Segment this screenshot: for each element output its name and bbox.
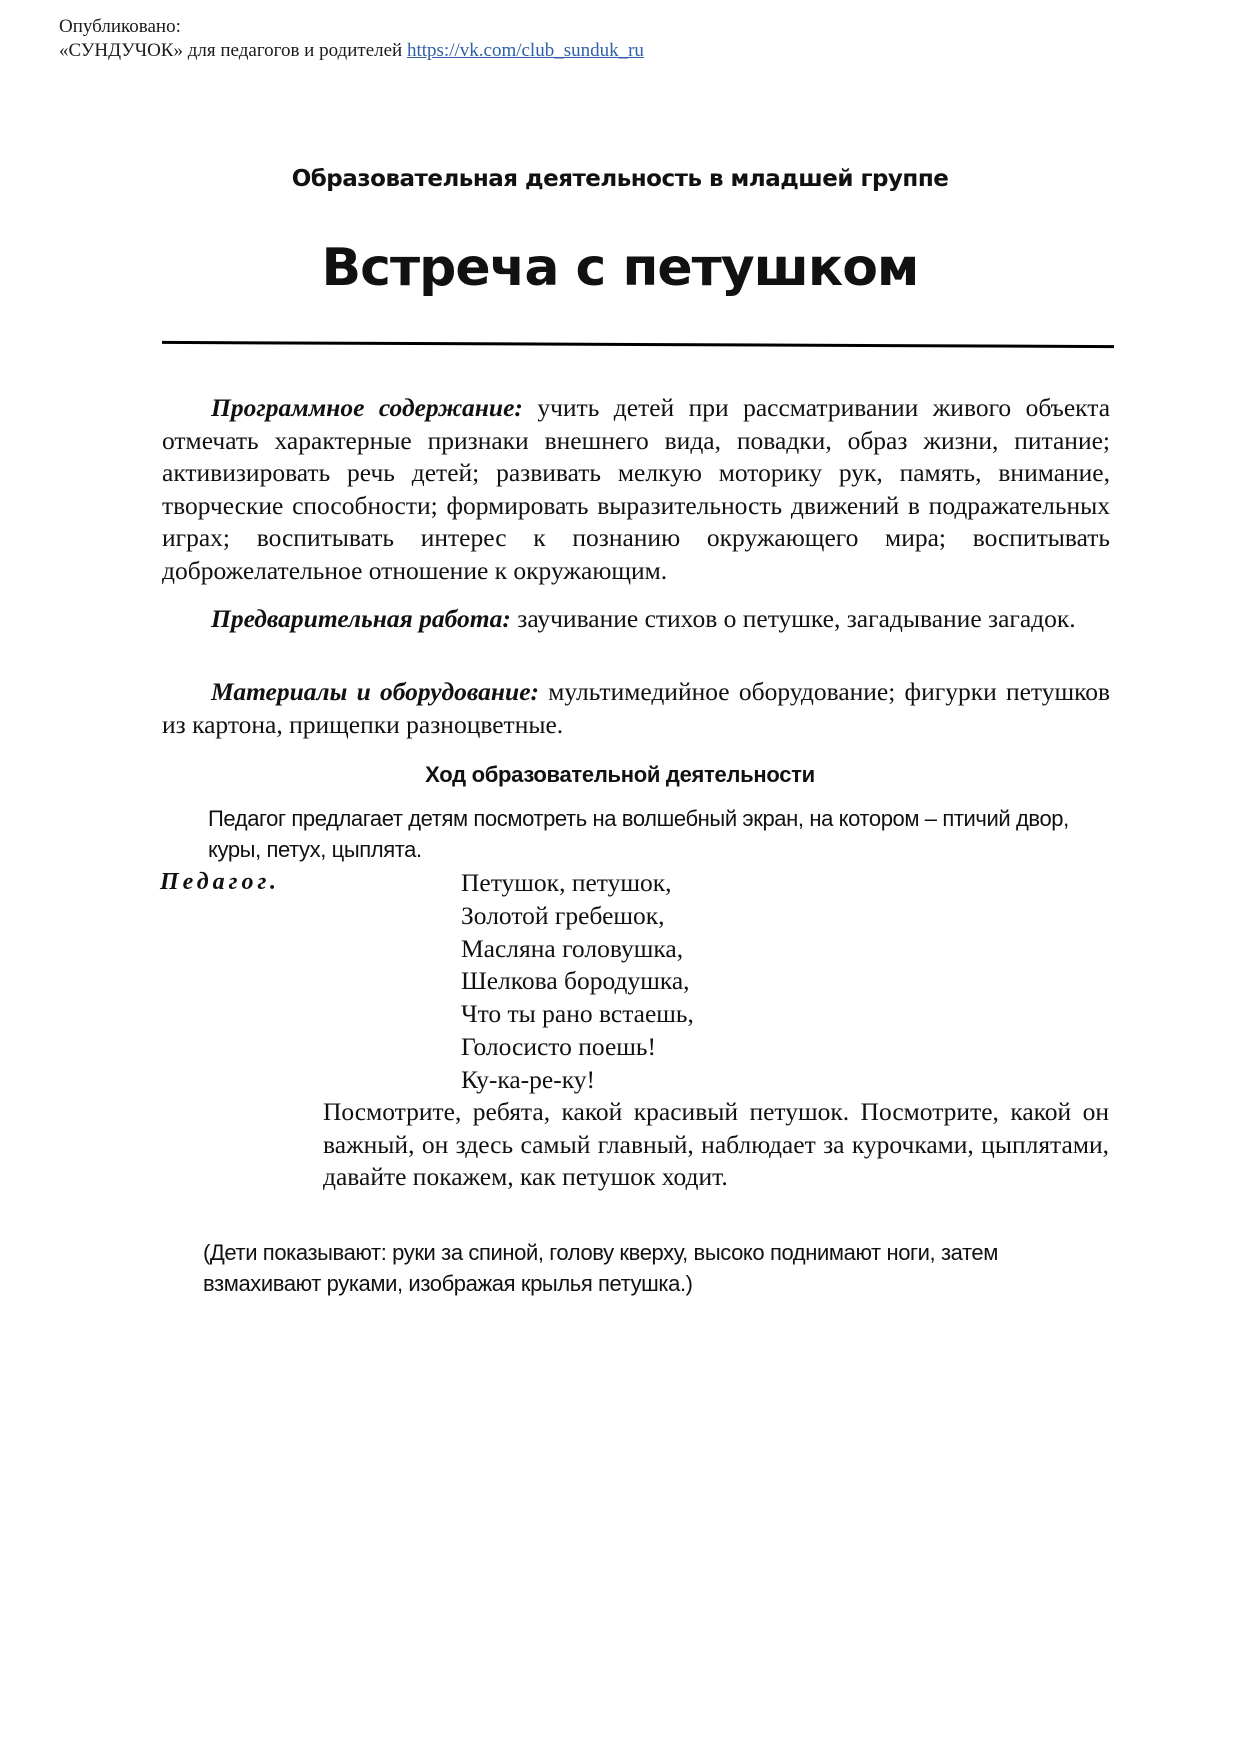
program-content-label: Программное содержание:: [211, 393, 523, 422]
poem-line: Что ты рано встаешь,: [461, 998, 694, 1031]
program-content-paragraph: Программное содержание: учить детей при …: [162, 392, 1110, 588]
preliminary-work-paragraph: Предварительная работа: заучивание стихо…: [162, 603, 1110, 636]
materials-label: Материалы и оборудование:: [211, 677, 539, 706]
poem-line: Масляна головушка,: [461, 933, 694, 966]
poem-line: Шелкова бородушка,: [461, 965, 694, 998]
stage-direction: (Дети показывают: руки за спиной, голову…: [203, 1237, 1113, 1299]
publication-source-text: «СУНДУЧОК» для педагогов и родителей: [59, 40, 402, 61]
poem: Петушок, петушок, Золотой гребешок, Масл…: [461, 867, 694, 1097]
poem-line: Голосисто поешь!: [461, 1031, 694, 1064]
preliminary-work-label: Предварительная работа:: [211, 604, 511, 633]
poem-line: Золотой гребешок,: [461, 900, 694, 933]
speaker-label: Педагог.: [160, 869, 280, 896]
vk-club-link[interactable]: https://vk.com/club_sunduk_ru: [407, 40, 644, 61]
page-title: Встреча с петушком: [0, 238, 1240, 298]
poem-line: Ку-ка-ре-ку!: [461, 1064, 694, 1097]
materials-paragraph: Материалы и оборудование: мультимедийное…: [162, 676, 1110, 741]
title-divider: [162, 341, 1114, 348]
activity-heading: Ход образовательной деятельности: [0, 762, 1240, 788]
teacher-speech: Посмотрите, ребята, какой красивый петуш…: [323, 1096, 1109, 1194]
poem-line: Петушок, петушок,: [461, 867, 694, 900]
publication-note: Опубликовано: «СУНДУЧОК» для педагогов и…: [59, 15, 644, 63]
activity-intro: Педагог предлагает детям посмотреть на в…: [208, 803, 1108, 865]
page-kicker: Образовательная деятельность в младшей г…: [0, 166, 1240, 192]
publication-label: Опубликовано:: [59, 15, 644, 39]
preliminary-work-text: заучивание стихов о петушке, загадывание…: [511, 604, 1076, 633]
publication-source: «СУНДУЧОК» для педагогов и родителей htt…: [59, 39, 644, 63]
